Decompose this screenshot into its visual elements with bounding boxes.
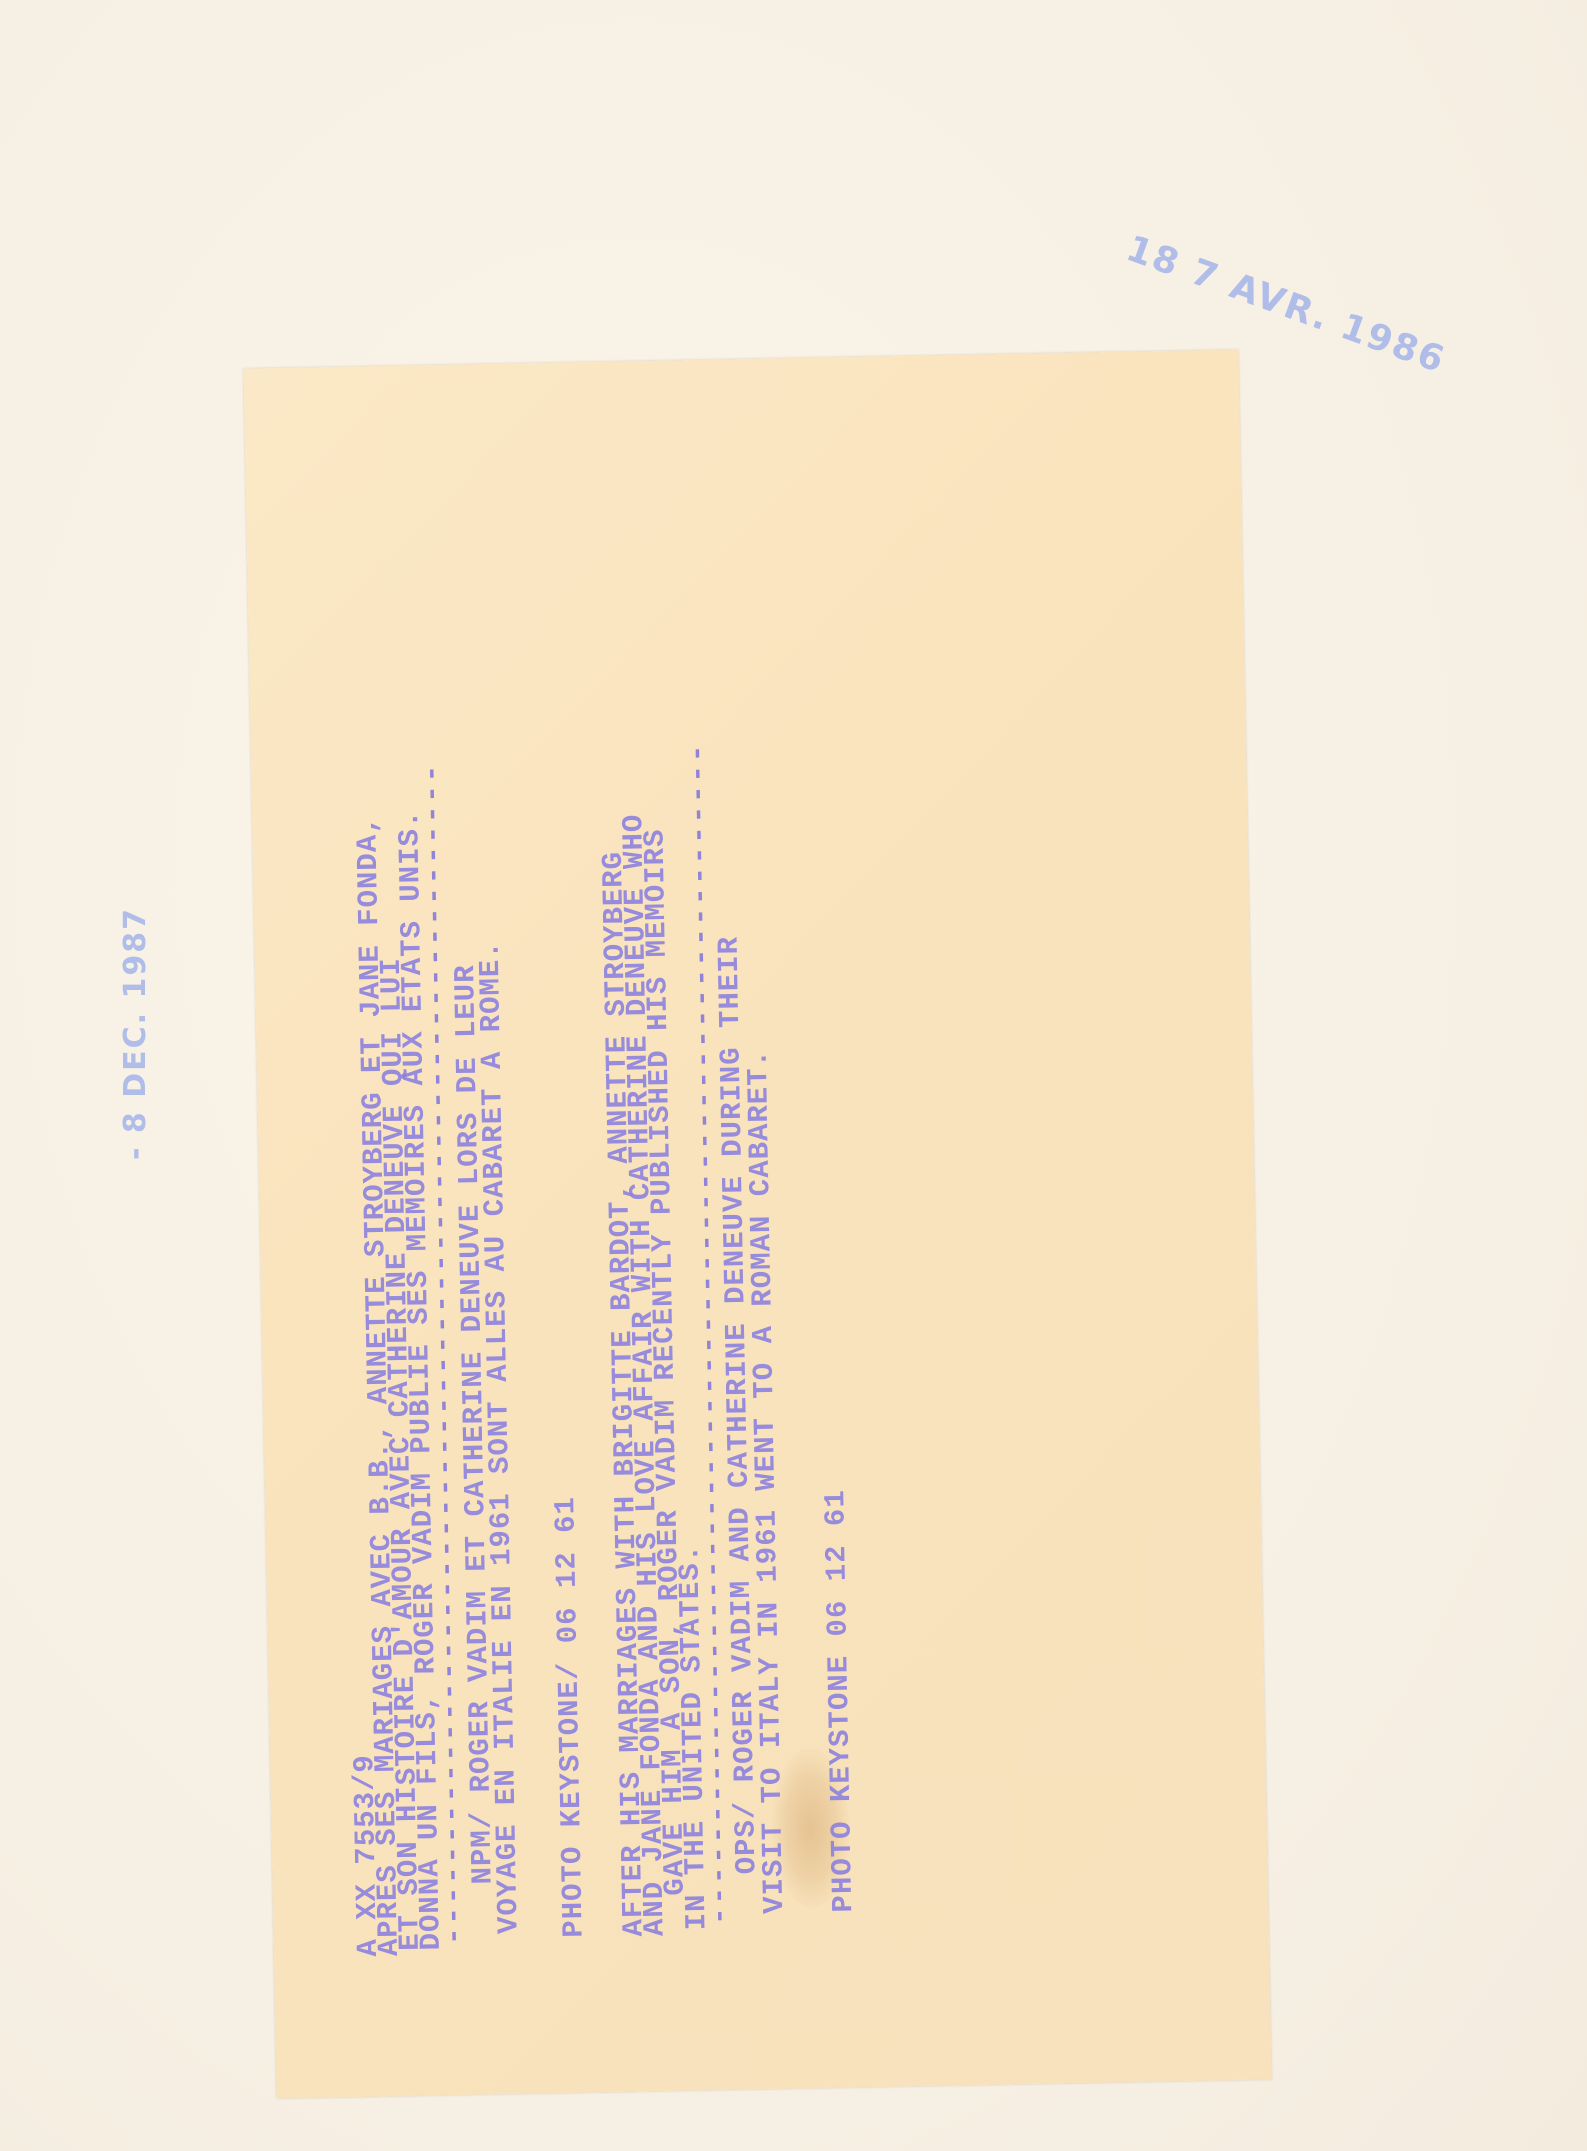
caption-text-block: A XX 7553/9 APRES SES MARIAGES AVEC B.B.… bbox=[243, 350, 1271, 2099]
photo-credit-en: PHOTO KEYSTONE 06 12 61 bbox=[821, 1489, 858, 1913]
caption-card: A XX 7553/9 APRES SES MARIAGES AVEC B.B.… bbox=[243, 350, 1271, 2099]
photo-credit-fr: PHOTO KEYSTONE/ 06 12 61 bbox=[551, 1496, 588, 1938]
date-stamp-archived: - 8 DEC. 1987 bbox=[118, 907, 153, 1160]
photo-mount-backing: 18 7 AVR. 1986 - 8 DEC. 1987 A XX 7553/9… bbox=[0, 0, 1587, 2151]
